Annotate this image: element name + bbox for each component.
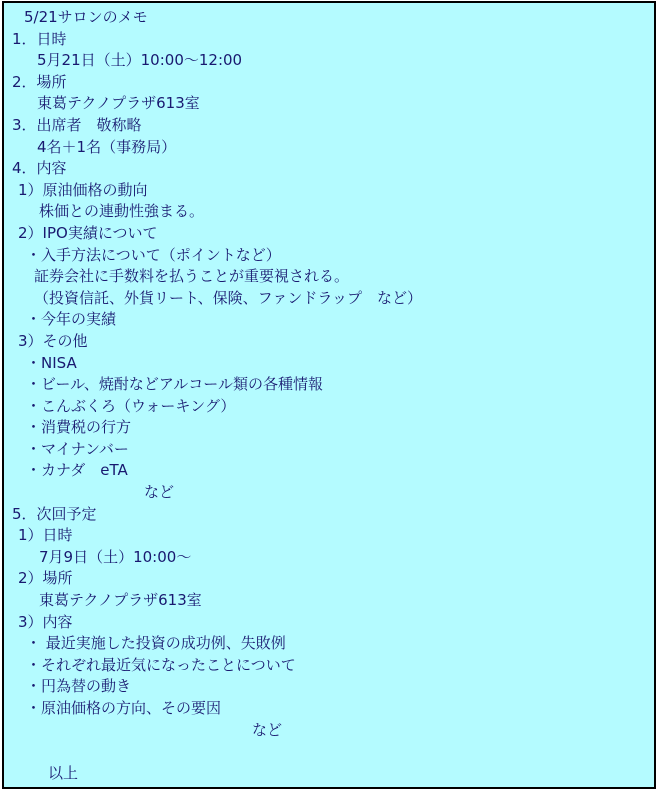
memo-line: 東葛テクノプラザ613室 [10,590,650,612]
memo-line-subitem: 2）IPO実績について [10,223,650,245]
memo-line-bullet: ・こんぶくろ（ウォーキング） [10,396,650,418]
memo-title: 5/21サロンのメモ [10,7,650,29]
memo-line-subitem: 3）その他 [10,331,650,353]
memo-line: 証券会社に手数料を払うことが重要視される。 [10,266,650,288]
memo-line-subitem: 1）原油価格の動向 [10,180,650,202]
memo-line: 4名＋1名（事務局） [10,137,650,159]
memo-line-bullet: ・ビール、焼酎などアルコール類の各種情報 [10,374,650,396]
memo-line-bullet: ・消費税の行方 [10,417,650,439]
memo-line-bullet: ・円為替の動き [10,676,650,698]
memo-line-subitem: 2）場所 [10,568,650,590]
memo-line: 7月9日（土）10:00～ [10,547,650,569]
memo-line-bullet: ・今年の実績 [10,309,650,331]
memo-line-bullet: ・それぞれ最近気になったことについて [10,655,650,677]
memo-line-etc: など [10,482,650,504]
memo-line-item-1: 1．日時 [10,29,650,51]
memo-line: 株価との連動性強まる。 [10,201,650,223]
memo-line: 5月21日（土）10:00～12:00 [10,50,650,72]
memo-line-subitem: 3）内容 [10,612,650,634]
memo-line-blank [10,741,650,763]
memo-line-item-2: 2．場所 [10,72,650,94]
memo-line-bullet: ・マイナンバー [10,439,650,461]
memo-line: 東葛テクノプラザ613室 [10,93,650,115]
memo-line-etc: など [10,720,650,742]
memo-line-item-5: 5．次回予定 [10,504,650,526]
memo-line-bullet: ・NISA [10,353,650,375]
memo-line-bullet: ・ 最近実施した投資の成功例、失敗例 [10,633,650,655]
memo-line-bullet: ・入手方法について（ポイントなど） [10,245,650,267]
memo-line-bullet: ・原油価格の方向、その要因 [10,698,650,720]
memo-line-bullet: ・カナダ eTA [10,460,650,482]
memo-line: （投資信託、外貨リート、保険、ファンドラップ など） [10,288,650,310]
memo-line-subitem: 1）日時 [10,525,650,547]
memo-line-item-4: 4．内容 [10,158,650,180]
memo-line-closing: 以上 [10,763,650,785]
memo-box: 5/21サロンのメモ 1．日時 5月21日（土）10:00～12:00 2．場所… [2,1,656,789]
memo-line-item-3: 3．出席者 敬称略 [10,115,650,137]
